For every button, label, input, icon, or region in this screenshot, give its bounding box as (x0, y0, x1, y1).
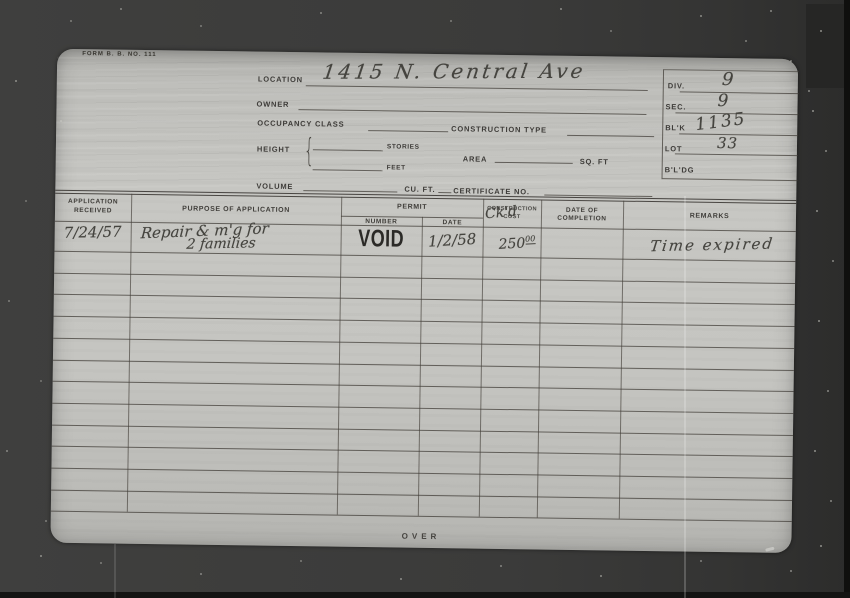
lot-line (675, 153, 798, 156)
col-line-5 (619, 201, 624, 519)
bldg-label: B'L'DG (665, 165, 695, 174)
feet-label: FEET (387, 164, 406, 171)
div-label: DIV. (668, 81, 685, 90)
col-header-completion-line2: COMPLETION (541, 214, 623, 222)
row-purpose-line2: 2 families (186, 235, 256, 252)
row-permit-date: 1/2/58 (421, 230, 483, 251)
table-row-line (53, 359, 794, 370)
sec-value: 9 (717, 91, 728, 111)
col-header-permit: PERMIT (341, 203, 483, 212)
col-header-purpose: PURPOSE OF APPLICATION (131, 205, 341, 215)
film-edge-right (844, 0, 850, 598)
cost-dollars: 250 (498, 235, 526, 252)
microfilm-scan: FORM B. B. NO. 111 LOCATION 1415 N. Cent… (0, 0, 850, 598)
lot-value: 33 (717, 134, 738, 152)
volume-unit-label: CU. FT. (404, 185, 435, 194)
row-received: 7/24/57 (57, 222, 129, 242)
location-value: 1415 N. Central Ave (321, 59, 587, 84)
void-stamp: VOID (345, 225, 418, 254)
col-line-1 (127, 194, 132, 512)
area-unit-label: SQ. FT (580, 157, 609, 166)
div-value: 9 (721, 69, 734, 91)
table-row-line (52, 424, 793, 435)
table-row-line (52, 403, 793, 414)
certificate-dash-line (438, 192, 451, 193)
parcel-info-box: DIV. 9 SEC. 9 BL'K 1135 LOT 33 B'L'DG (662, 69, 800, 181)
blk-label: BL'K (665, 123, 686, 132)
table-row-line (53, 381, 794, 392)
col-line-2 (337, 197, 342, 515)
film-scratch-line-2 (114, 544, 116, 598)
construction-type-label: CONSTRUCTION TYPE (451, 124, 547, 134)
table-row-line (51, 489, 792, 500)
occupancy-class-label: OCCUPANCY CLASS (257, 119, 344, 129)
cost-cents: 00 (525, 234, 536, 245)
stories-label: STORIES (387, 143, 420, 150)
div-line (680, 91, 799, 94)
table-row-line (52, 446, 793, 457)
row-remarks: Time expired (629, 234, 796, 256)
lot-label: LOT (665, 144, 683, 153)
form-number: FORM B. B. NO. 111 (82, 51, 156, 58)
volume-label: VOLUME (256, 182, 293, 192)
owner-label: OWNER (256, 100, 289, 109)
permit-record-card: FORM B. B. NO. 111 LOCATION 1415 N. Cent… (50, 49, 798, 553)
col-header-remarks: REMARKS (623, 212, 796, 221)
col-header-date: DATE (422, 219, 483, 227)
col-header-application-line2: RECEIVED (55, 207, 131, 215)
area-label: AREA (463, 154, 488, 163)
location-label: LOCATION (258, 75, 303, 85)
col-header-completion-line1: DATE OF (541, 206, 623, 214)
film-scratch-line (684, 196, 686, 598)
table-row-line (51, 468, 792, 479)
film-edge-bottom (0, 592, 850, 598)
height-label: HEIGHT (257, 145, 290, 154)
col-line-4 (537, 199, 542, 517)
sec-label: SEC. (665, 102, 686, 111)
col-header-application-line1: APPLICATION (55, 198, 131, 206)
col-line-number-date (418, 217, 423, 516)
row-cost-amount: 25000 (498, 234, 536, 253)
row-cost-note: Ck'd (484, 204, 517, 223)
